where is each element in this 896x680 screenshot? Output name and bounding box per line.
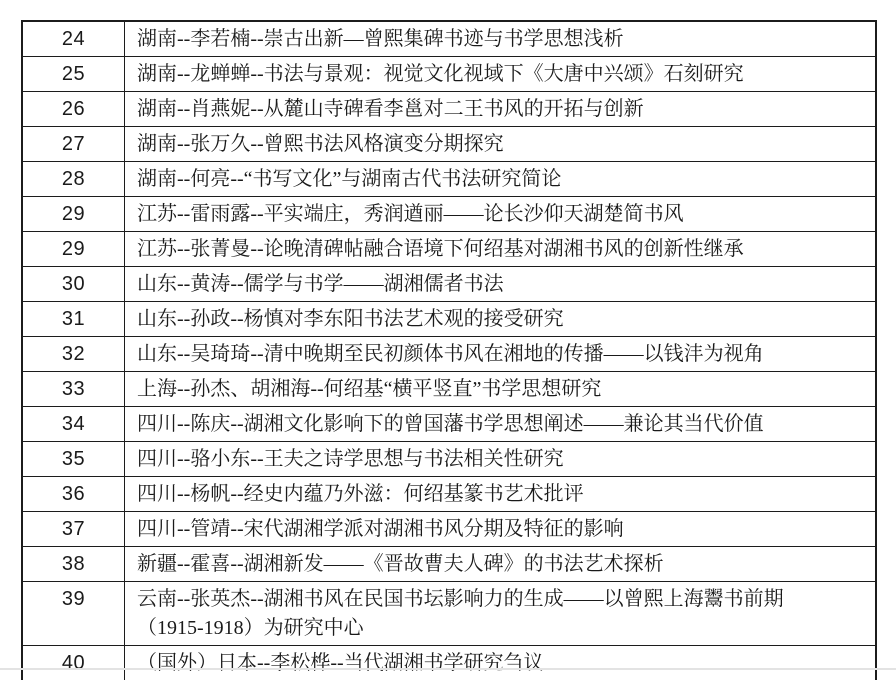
- row-number-cell: 28: [22, 162, 125, 197]
- row-title-cell: 新疆--霍喜--湖湘新发——《晋故曹夫人碑》的书法艺术探析: [125, 547, 877, 582]
- table-row: 36四川--杨帆--经史内蕴乃外滋：何绍基篆书艺术批评: [22, 477, 876, 512]
- row-title-cell: 云南--张英杰--湖湘书风在民国书坛影响力的生成——以曾熙上海鬻书前期（1915…: [125, 582, 877, 646]
- table-row: 32山东--吴琦琦--清中晚期至民初颜体书风在湘地的传播——以钱沣为视角: [22, 337, 876, 372]
- table-row: 28湖南--何亮--“书写文化”与湖南古代书法研究简论: [22, 162, 876, 197]
- table-row: 25湖南--龙蝉蝉--书法与景观：视觉文化视域下《大唐中兴颂》石刻研究: [22, 57, 876, 92]
- table-row: 35四川--骆小东--王夫之诗学思想与书法相关性研究: [22, 442, 876, 477]
- row-number-cell: 32: [22, 337, 125, 372]
- table-row: 24湖南--李若楠--崇古出新—曾熙集碑书迹与书学思想浅析: [22, 21, 876, 57]
- row-title-cell: 四川--杨帆--经史内蕴乃外滋：何绍基篆书艺术批评: [125, 477, 877, 512]
- table-row: 27湖南--张万久--曾熙书法风格演变分期探究: [22, 127, 876, 162]
- row-title-cell: 湖南--何亮--“书写文化”与湖南古代书法研究简论: [125, 162, 877, 197]
- row-number-cell: 31: [22, 302, 125, 337]
- table-row: 34四川--陈庆--湖湘文化影响下的曾国藩书学思想阐述——兼论其当代价值: [22, 407, 876, 442]
- row-title-cell: 山东--孙政--杨慎对李东阳书法艺术观的接受研究: [125, 302, 877, 337]
- paper-list-table: 24湖南--李若楠--崇古出新—曾熙集碑书迹与书学思想浅析25湖南--龙蝉蝉--…: [21, 20, 877, 680]
- table-row: 33上海--孙杰、胡湘海--何绍基“横平竖直”书学思想研究: [22, 372, 876, 407]
- row-number-cell: 30: [22, 267, 125, 302]
- row-number-cell: 26: [22, 92, 125, 127]
- row-title-cell: 湖南--龙蝉蝉--书法与景观：视觉文化视域下《大唐中兴颂》石刻研究: [125, 57, 877, 92]
- table-row: 29江苏--张菁曼--论晚清碑帖融合语境下何绍基对湖湘书风的创新性继承: [22, 232, 876, 267]
- row-title-cell: 江苏--雷雨露--平实端庄，秀润遒丽——论长沙仰天湖楚简书风: [125, 197, 877, 232]
- row-title-cell: 四川--管靖--宋代湖湘学派对湖湘书风分期及特征的影响: [125, 512, 877, 547]
- row-number-cell: 37: [22, 512, 125, 547]
- row-title-cell: 湖南--肖燕妮--从麓山寺碑看李邕对二王书风的开拓与创新: [125, 92, 877, 127]
- row-number-cell: 29: [22, 197, 125, 232]
- row-number-cell: 38: [22, 547, 125, 582]
- table-row: 26湖南--肖燕妮--从麓山寺碑看李邕对二王书风的开拓与创新: [22, 92, 876, 127]
- row-number-cell: 29: [22, 232, 125, 267]
- table-row: 29江苏--雷雨露--平实端庄，秀润遒丽——论长沙仰天湖楚简书风: [22, 197, 876, 232]
- row-title-cell: 湖南--张万久--曾熙书法风格演变分期探究: [125, 127, 877, 162]
- paper-list-table-body: 24湖南--李若楠--崇古出新—曾熙集碑书迹与书学思想浅析25湖南--龙蝉蝉--…: [22, 21, 876, 680]
- row-title-cell: 江苏--张菁曼--论晚清碑帖融合语境下何绍基对湖湘书风的创新性继承: [125, 232, 877, 267]
- row-number-cell: 35: [22, 442, 125, 477]
- row-number-cell: 36: [22, 477, 125, 512]
- row-title-cell: 山东--吴琦琦--清中晚期至民初颜体书风在湘地的传播——以钱沣为视角: [125, 337, 877, 372]
- row-title-cell: 四川--陈庆--湖湘文化影响下的曾国藩书学思想阐述——兼论其当代价值: [125, 407, 877, 442]
- document-page: 24湖南--李若楠--崇古出新—曾熙集碑书迹与书学思想浅析25湖南--龙蝉蝉--…: [0, 0, 896, 680]
- row-number-cell: 39: [22, 582, 125, 646]
- row-title-cell: 湖南--李若楠--崇古出新—曾熙集碑书迹与书学思想浅析: [125, 21, 877, 57]
- row-number-cell: 24: [22, 21, 125, 57]
- page-edge-shadow: [0, 668, 896, 670]
- row-number-cell: 40: [22, 646, 125, 680]
- row-title-cell: 上海--孙杰、胡湘海--何绍基“横平竖直”书学思想研究: [125, 372, 877, 407]
- table-row: 30山东--黄涛--儒学与书学——湖湘儒者书法: [22, 267, 876, 302]
- row-title-cell: （国外）日本--李松桦--当代湖湘书学研究刍议: [125, 646, 877, 680]
- table-row: 37四川--管靖--宋代湖湘学派对湖湘书风分期及特征的影响: [22, 512, 876, 547]
- row-title-cell: 山东--黄涛--儒学与书学——湖湘儒者书法: [125, 267, 877, 302]
- table-row: 39云南--张英杰--湖湘书风在民国书坛影响力的生成——以曾熙上海鬻书前期（19…: [22, 582, 876, 646]
- table-row: 38新疆--霍喜--湖湘新发——《晋故曹夫人碑》的书法艺术探析: [22, 547, 876, 582]
- row-title-cell: 四川--骆小东--王夫之诗学思想与书法相关性研究: [125, 442, 877, 477]
- row-number-cell: 34: [22, 407, 125, 442]
- row-number-cell: 25: [22, 57, 125, 92]
- row-number-cell: 27: [22, 127, 125, 162]
- row-number-cell: 33: [22, 372, 125, 407]
- table-row: 31山东--孙政--杨慎对李东阳书法艺术观的接受研究: [22, 302, 876, 337]
- table-row: 40（国外）日本--李松桦--当代湖湘书学研究刍议: [22, 646, 876, 680]
